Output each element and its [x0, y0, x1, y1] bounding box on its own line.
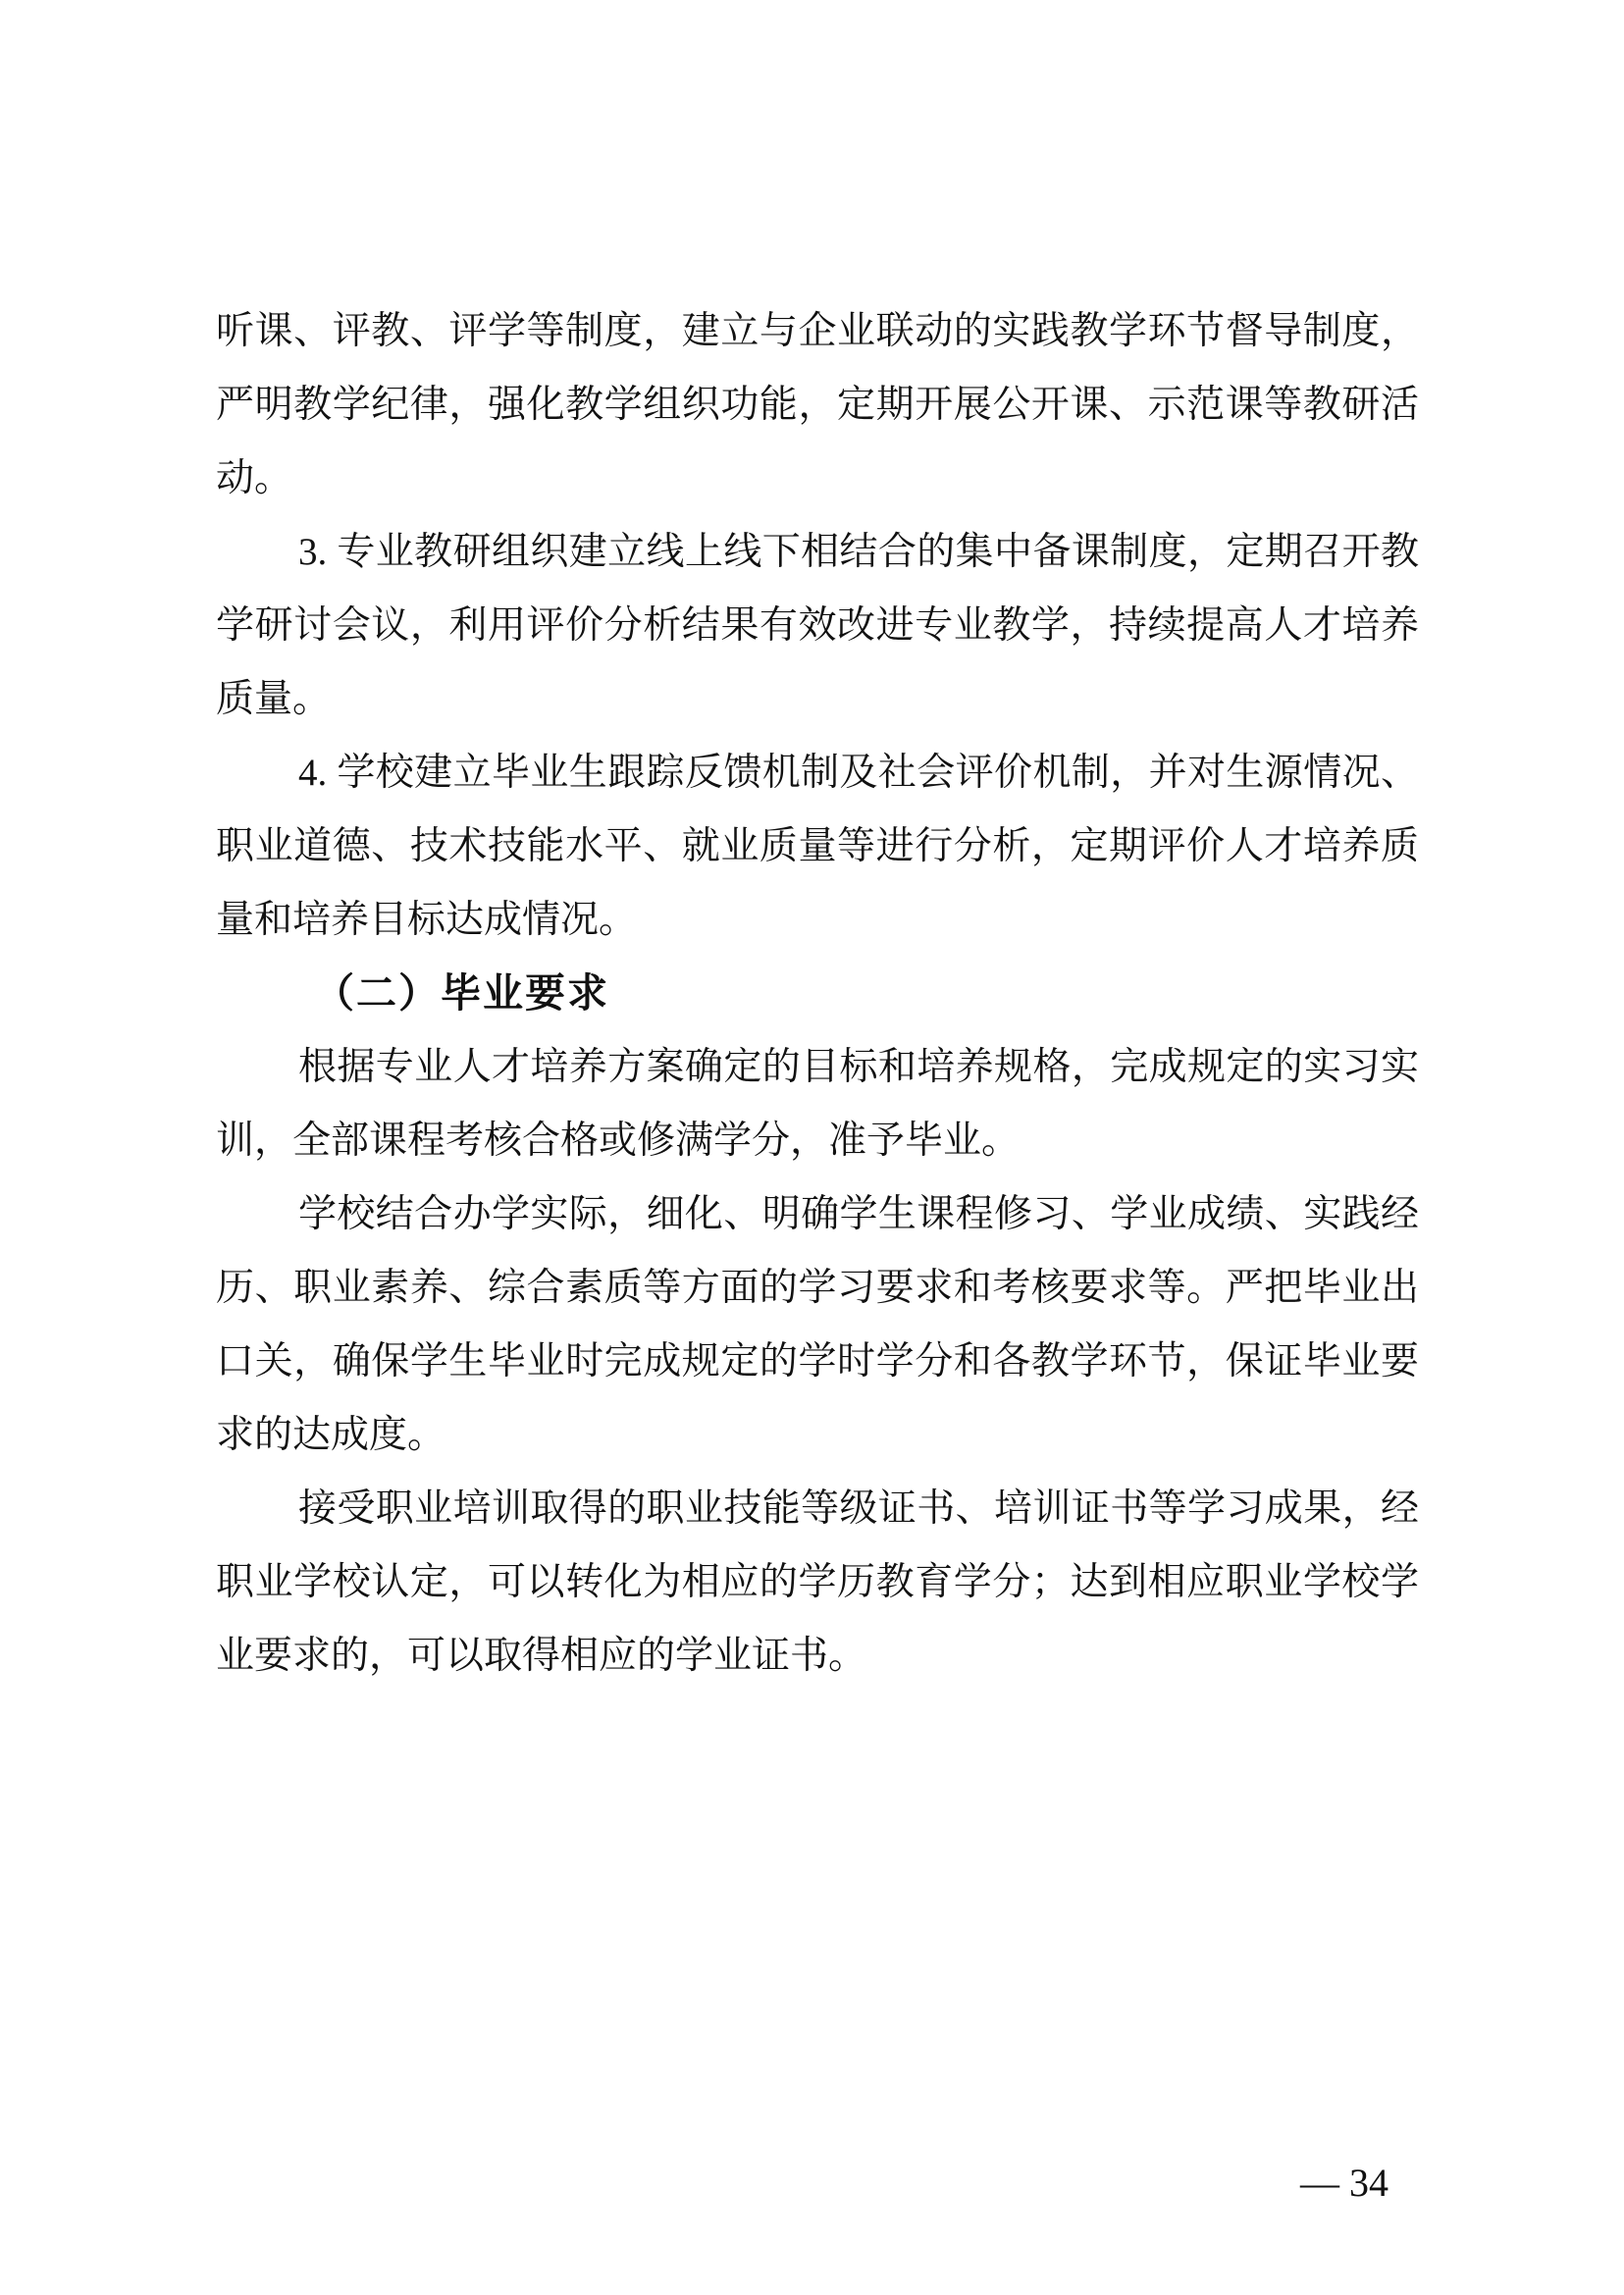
paragraph: 根据专业人才培养方案确定的目标和培养规格，完成规定的实习实 训，全部课程考核合格…: [216, 1030, 1419, 1177]
text-line: 量和培养目标达成情况。: [216, 883, 1419, 957]
text-line: 历、职业素养、综合素质等方面的学习要求和考核要求等。严把毕业出: [216, 1251, 1419, 1325]
paragraph: 学校结合办学实际，细化、明确学生课程修习、学业成绩、实践经 历、职业素养、综合素…: [216, 1177, 1419, 1472]
text-line: 3. 专业教研组织建立线上线下相结合的集中备课制度，定期召开教: [216, 515, 1419, 589]
page-number: — 34: [1300, 2159, 1388, 2208]
text-line: 听课、评教、评学等制度，建立与企业联动的实践教学环节督导制度，: [216, 294, 1419, 368]
text-line: 职业道德、技术技能水平、就业质量等进行分析，定期评价人才培养质: [216, 809, 1419, 883]
text-line: 严明教学纪律，强化教学组织功能，定期开展公开课、示范课等教研活: [216, 368, 1419, 442]
text-line: 4. 学校建立毕业生跟踪反馈机制及社会评价机制，并对生源情况、: [216, 736, 1419, 809]
paragraph: 接受职业培训取得的职业技能等级证书、培训证书等学习成果，经 职业学校认定，可以转…: [216, 1472, 1419, 1693]
text-line: 动。: [216, 442, 1419, 515]
text-line: 接受职业培训取得的职业技能等级证书、培训证书等学习成果，经: [216, 1472, 1419, 1545]
text-block: 听课、评教、评学等制度，建立与企业联动的实践教学环节督导制度， 严明教学纪律，强…: [216, 294, 1419, 1693]
text-line: 求的达成度。: [216, 1398, 1419, 1472]
text-line: 业要求的，可以取得相应的学业证书。: [216, 1619, 1419, 1693]
text-line: 职业学校认定，可以转化为相应的学历教育学分；达到相应职业学校学: [216, 1545, 1419, 1619]
text-line: 根据专业人才培养方案确定的目标和培养规格，完成规定的实习实: [216, 1030, 1419, 1104]
text-line: 质量。: [216, 662, 1419, 736]
text-line: 训，全部课程考核合格或修满学分，准予毕业。: [216, 1104, 1419, 1177]
section-heading: （二）毕业要求: [216, 957, 1419, 1030]
document-page: 听课、评教、评学等制度，建立与企业联动的实践教学环节督导制度， 严明教学纪律，强…: [0, 0, 1624, 2295]
paragraph: 听课、评教、评学等制度，建立与企业联动的实践教学环节督导制度， 严明教学纪律，强…: [216, 294, 1419, 515]
paragraph: 3. 专业教研组织建立线上线下相结合的集中备课制度，定期召开教 学研讨会议，利用…: [216, 515, 1419, 736]
text-line: 学研讨会议，利用评价分析结果有效改进专业教学，持续提高人才培养: [216, 589, 1419, 662]
text-line: 学校结合办学实际，细化、明确学生课程修习、学业成绩、实践经: [216, 1177, 1419, 1251]
paragraph: 4. 学校建立毕业生跟踪反馈机制及社会评价机制，并对生源情况、 职业道德、技术技…: [216, 736, 1419, 957]
section-heading-paragraph: （二）毕业要求: [216, 957, 1419, 1030]
text-line: 口关，确保学生毕业时完成规定的学时学分和各教学环节，保证毕业要: [216, 1325, 1419, 1398]
